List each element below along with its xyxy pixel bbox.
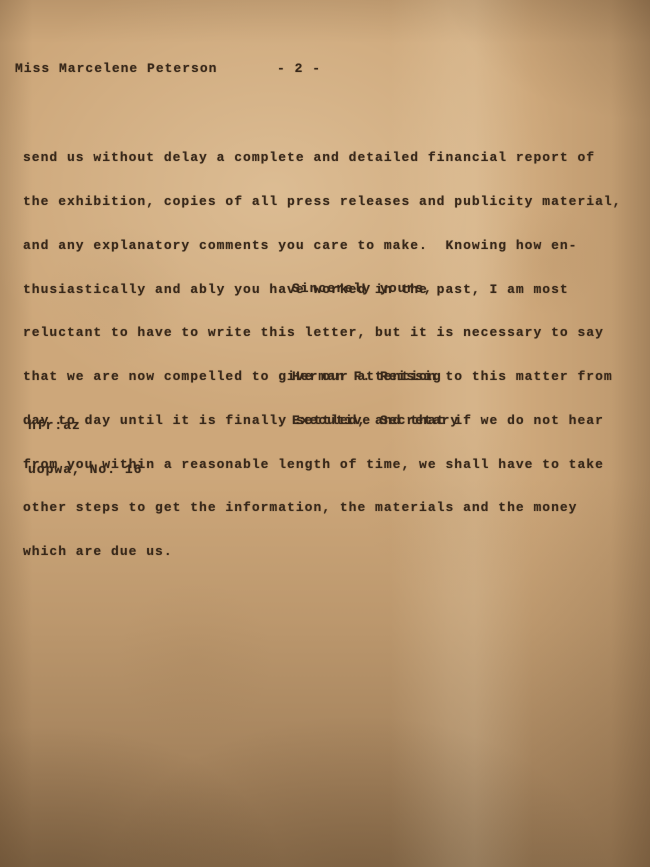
reference-initials: hfr:az	[28, 419, 142, 434]
recipient-name: Miss Marcelene Peterson	[15, 62, 217, 77]
signature-name: Herman F. Reissig	[292, 370, 459, 385]
body-line: send us without delay a complete and det…	[23, 151, 622, 166]
closing-line: Sincerely yours,	[292, 282, 433, 297]
signature-block: Herman F. Reissig Executive Secretary	[292, 341, 459, 458]
body-line: which are due us.	[23, 545, 622, 560]
body-line: the exhibition, copies of all press rele…	[23, 195, 622, 210]
union-number: uopwa, No. 16	[28, 463, 142, 478]
signature-title: Executive Secretary	[292, 414, 459, 429]
scanned-letter-page: Miss Marcelene Peterson - 2 - send us wi…	[0, 0, 650, 867]
typist-block: hfr:az uopwa, No. 16	[28, 390, 142, 507]
page-number: - 2 -	[277, 62, 321, 77]
body-line: and any explanatory comments you care to…	[23, 239, 622, 254]
letter-header: Miss Marcelene Peterson - 2 -	[0, 62, 650, 78]
body-line: reluctant to have to write this letter, …	[23, 326, 622, 341]
